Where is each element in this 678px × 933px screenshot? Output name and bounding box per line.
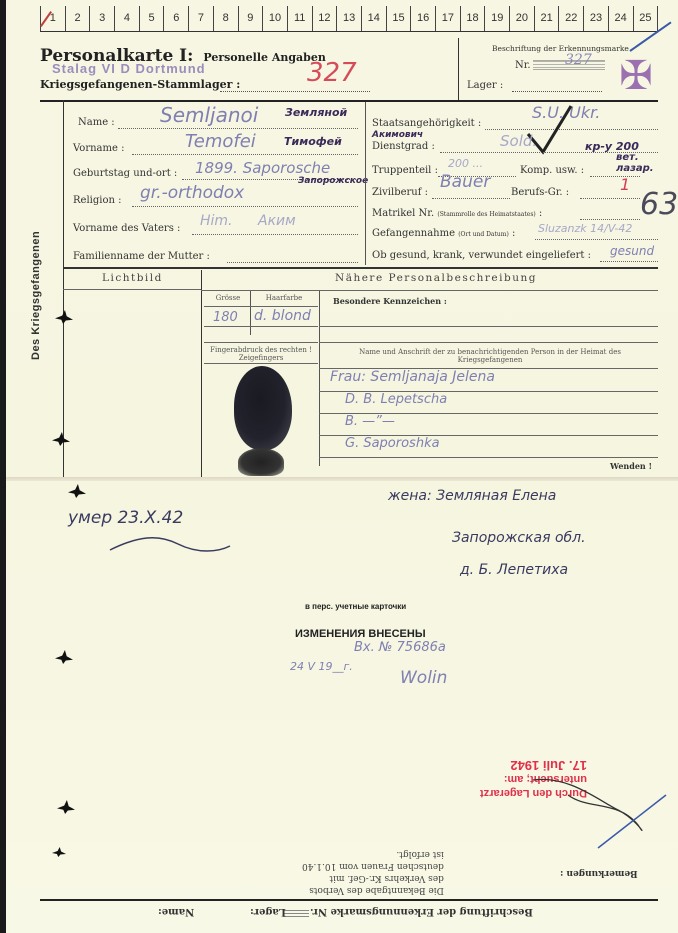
special-marks-label: Besondere Kennzeichen : [333, 296, 447, 306]
bottom-lager-label: Lager: [250, 906, 286, 917]
number-cell: 16 [410, 6, 435, 31]
height-value: 180 [213, 310, 238, 325]
tag-lager-line [512, 91, 602, 92]
turn-label: Wenden ! [610, 461, 652, 471]
father-value: Him. [200, 213, 233, 229]
rank-value: Sold. [500, 132, 537, 150]
unit-label: Truppenteil : [372, 165, 438, 176]
photo-divider [201, 270, 202, 478]
number-cell: 17 [435, 6, 460, 31]
bottom-tag-label: Beschriftung der Erkennungsmarke Nr. [310, 906, 533, 917]
underline-squiggle [108, 532, 233, 554]
vorname-value-cyrillic: Тимофей [284, 135, 342, 148]
birth-value-cyrillic: Запорожское [298, 176, 368, 186]
column-divider [365, 102, 366, 265]
hole-icon [68, 484, 86, 498]
birth-label: Geburtstag und-ort : [73, 168, 177, 179]
fingerprint-rule [204, 363, 318, 364]
contact-line-3: B. —”— [345, 414, 395, 429]
tag-lager-label: Lager : [467, 80, 503, 91]
occupation-value: Bauer [440, 172, 490, 192]
printed-note-line-3: deutschen Frauen vom 10.1.40 [302, 860, 444, 872]
number-cell: 23 [583, 6, 608, 31]
contact-label: Name und Anschrift der zu benachrichtige… [340, 348, 640, 364]
matrikel-value: 63 [640, 187, 678, 222]
number-cell: 24 [608, 6, 633, 31]
card-edge [0, 0, 6, 933]
eagle-stamp-icon: ✠ [615, 54, 657, 98]
death-note: умер 23.X.42 [68, 508, 183, 528]
tag-nr-value: 327 [565, 52, 592, 68]
number-cell: 19 [484, 6, 509, 31]
camp-label: Kriegsgefangenen-Stammlager : [40, 78, 240, 91]
values-rule [204, 326, 318, 327]
patronymic-note: Акимович [372, 130, 423, 140]
capture-label: Gefangennahme (Ort und Datum) : [372, 228, 515, 239]
height-label: Grösse [208, 294, 248, 302]
hole-icon [57, 800, 75, 814]
vorname-value: Temofei [185, 131, 256, 152]
unit-value: 200 ... [448, 157, 483, 170]
number-cell: 5 [139, 6, 164, 31]
soviet-stamp-ref: Вх. № 75686а [354, 640, 446, 655]
fingerprint-label: Fingerabdruck des rechten ! Zeigefingers [204, 346, 318, 362]
number-cell: 3 [89, 6, 114, 31]
signature: Wolin [400, 668, 447, 688]
number-cell: 2 [65, 6, 90, 31]
bottom-name-label: Name: [158, 906, 194, 917]
header-divider [458, 38, 459, 100]
personnel-card: 1234567891011121314151617181920212223242… [0, 0, 678, 933]
wife-note-2: Запорожская обл. [452, 530, 586, 546]
height-divider [250, 291, 251, 335]
section-rule [63, 267, 658, 269]
capture-value: Sluzanzk 14/V-42 [538, 222, 632, 235]
name-value: Semljanoi [160, 103, 258, 127]
hair-label: Haarfarbe [253, 294, 315, 302]
name-value-cyrillic: Земляной [285, 106, 347, 119]
fingerprint-smudge [238, 448, 284, 476]
religion-label: Religion : [73, 195, 121, 206]
wife-note-1: жена: Земляная Елена [388, 488, 556, 504]
tag-nr-label: Nr. [515, 60, 531, 71]
number-cell: 12 [312, 6, 337, 31]
soviet-stamp-date: 24 V 19__г. [290, 660, 353, 673]
occupation-line [432, 198, 510, 199]
height-hair-rule [204, 306, 318, 307]
photo-label: Lichtbild [102, 272, 163, 284]
matrikel-label-text: Matrikel Nr. [372, 208, 434, 219]
hole-icon [55, 650, 73, 664]
capture-label-text: Gefangennahme [372, 228, 455, 239]
marks-rule-2 [319, 342, 658, 343]
camp-stamp: Stalag VI D Dortmund [52, 61, 206, 76]
matrikel-sub: (Stammrolle des Heimatstaates) [437, 211, 535, 218]
matrikel-line [580, 219, 640, 220]
vorname-line [132, 154, 358, 155]
marks-divider [319, 291, 320, 466]
printed-note: Die Bekanntgabe des Verbots des Verkehrs… [302, 848, 444, 896]
capture-line [535, 239, 658, 240]
bottom-rule [40, 899, 658, 901]
header-rule [40, 100, 658, 102]
company-note: вет. лазар. [616, 152, 678, 174]
number-cell: 13 [336, 6, 361, 31]
father-label: Vorname des Vaters : [73, 223, 180, 234]
number-cell: 21 [534, 6, 559, 31]
mother-label: Familienname der Mutter : [73, 251, 210, 262]
health-value: gesund [610, 244, 654, 258]
description-rule [201, 290, 658, 291]
mother-line [227, 262, 358, 263]
occ-group-label: Berufs-Gr. : [511, 187, 569, 198]
camp-field-line [220, 91, 370, 92]
contact-line-2: D. B. Lepetscha [345, 392, 447, 407]
nationality-label: Staatsangehörigkeit : [372, 118, 481, 129]
occ-group-line [580, 198, 640, 199]
number-cell: 18 [460, 6, 485, 31]
card-fold [6, 477, 678, 481]
signature-scribble [528, 770, 668, 850]
number-cell: 7 [188, 6, 213, 31]
matrikel-label: Matrikel Nr. (Stammrolle des Heimatstaat… [372, 208, 542, 219]
contact-line-4: G. Saporoshka [345, 436, 440, 451]
number-cell: 11 [287, 6, 312, 31]
soviet-stamp-line-1: в перс. учетные карточки [305, 602, 406, 611]
description-title: Nähere Personalbeschreibung [335, 272, 537, 284]
religion-line [132, 206, 358, 207]
tag-caption: Beschriftung der Erkennungsmarke [492, 44, 629, 53]
fingerprint-image [234, 366, 292, 450]
number-cell: 10 [262, 6, 287, 31]
capture-sub: (Ort und Datum) [458, 231, 509, 238]
soviet-stamp-line-2: ИЗМЕНЕНИЯ ВНЕСЕНЫ [295, 628, 426, 640]
father-line [192, 234, 358, 235]
health-label: Ob gesund, krank, verwundet eingeliefert… [372, 250, 591, 261]
company-label: Komp. usw. : [520, 165, 584, 176]
number-cell: 22 [558, 6, 583, 31]
printed-note-line-2: des Verkehrs Kr.-Gef. mit [302, 872, 444, 884]
occ-group-value: 1 [620, 175, 630, 194]
contact-line-1: Frau: Semljanaja Jelena [330, 369, 495, 385]
hole-icon [52, 432, 70, 446]
marks-rule-1 [319, 326, 658, 327]
birth-value: 1899. Saporosche [195, 159, 330, 177]
printed-note-line-1: Die Bekanntgabe des Verbots [302, 884, 444, 896]
number-cell: 25 [633, 6, 659, 31]
occupation-label: Zivilberuf : [372, 187, 428, 198]
number-cell: 4 [114, 6, 139, 31]
contact-rule-4 [319, 457, 658, 458]
number-cell: 20 [509, 6, 534, 31]
hole-icon [55, 310, 73, 324]
wife-note-3: д. Б. Лепетиха [460, 562, 568, 578]
fingerprint-top-rule [204, 342, 318, 343]
company-line [590, 176, 640, 177]
bottom-nr-box [283, 908, 309, 917]
religion-value: gr.-orthodox [140, 183, 244, 203]
hair-value: d. blond [254, 308, 311, 324]
name-label: Name : [78, 117, 115, 128]
number-cell: 15 [386, 6, 411, 31]
photo-rule [63, 289, 201, 290]
side-label: Des Kriegsgefangenen [30, 231, 42, 360]
hole-icon [52, 847, 66, 857]
health-line [600, 261, 658, 262]
card-number: 327 [307, 58, 357, 88]
vorname-label: Vorname : [73, 143, 124, 154]
father-value-cyrillic: Аким [258, 213, 296, 229]
number-cell: 8 [213, 6, 238, 31]
number-cell: 6 [163, 6, 188, 31]
number-cell: 14 [361, 6, 386, 31]
number-cell: 9 [238, 6, 263, 31]
rank-label: Dienstgrad : [372, 141, 435, 152]
number-strip: 1234567891011121314151617181920212223242… [40, 6, 658, 32]
remarks-label: Bemerkungen : [560, 868, 638, 878]
printed-note-line-4: ist erfolgt. [302, 848, 444, 860]
name-line [118, 128, 358, 129]
